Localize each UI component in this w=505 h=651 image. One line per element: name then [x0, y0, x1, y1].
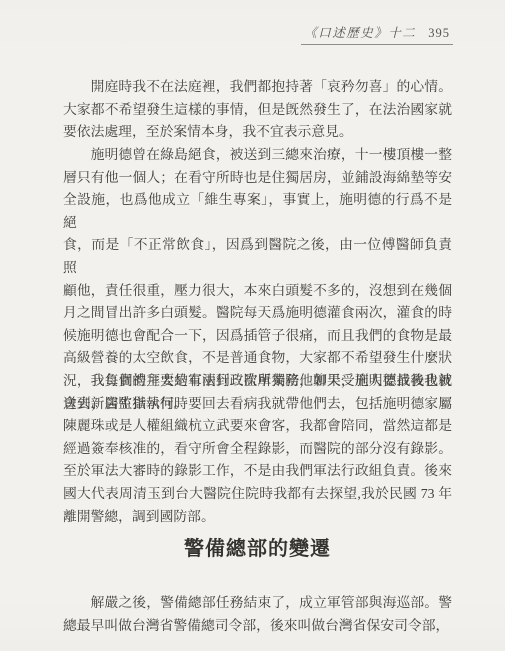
- text-line: 總最早叫做台灣省警備總司令部，後來叫做台灣省保安司令部，: [63, 615, 452, 638]
- text-line: 施明德曾在綠島絕食，被送到三總來治療，十一樓頂樓一整: [63, 144, 452, 167]
- text-line: 至於軍法大審時的錄影工作，不是由我們軍法行政組負責。後來: [63, 460, 452, 483]
- text-line: 開庭時我不在法庭裡，我們都抱持著「哀矜勿喜」的心情。: [63, 76, 452, 99]
- text-line: 全設施，也爲他成立「維生專案」，事實上，施明德的行爲不是絕: [63, 189, 452, 234]
- text-line: 國大代表周清玉到台大醫院住院時我都有去探望,我於民國 73 年: [63, 483, 452, 506]
- text-line: 食，而是「不正常飲食」，因爲到醫院之後，由一位傅醫師負責照: [63, 234, 452, 279]
- text-line: 大家都不希望發生這樣的事情，但是旣然發生了，在法治國家就: [63, 99, 452, 122]
- text-line: 顧他，責任很重，壓力很大，本來白頭髮不多的，沒想到在幾個: [63, 280, 452, 303]
- text-line: 陳麗珠或是人權組織杭立武要來會客，我都會陪同，當然這都是: [63, 415, 452, 438]
- section-heading: 警備總部的變遷: [63, 536, 452, 562]
- page-number: 395: [428, 26, 450, 40]
- text-line: 會去，醫生指示何時要回去看病我就帶他們去，包括施明德家屬: [63, 393, 452, 416]
- paragraph-3: 我負責的主要是軍法行政監所業務，如果受刑人要找我我就 會去，醫生指示何時要回去看…: [63, 370, 452, 528]
- running-header: 《口述歷史》十二395: [301, 26, 453, 45]
- text-line: 解嚴之後，警備總部任務結束了，成立軍管部與海巡部。警: [63, 592, 452, 615]
- book-title: 《口述歷史》十二: [304, 26, 416, 40]
- book-page: 《口述歷史》十二395 開庭時我不在法庭裡，我們都抱持著「哀矜勿喜」的心情。 大…: [0, 0, 505, 651]
- text-line: 月之間冒出許多白頭髮。醫院每天爲施明德灌食兩次，灌食的時: [63, 302, 452, 325]
- text-line: 要依法處理，至於案情本身，我不宜表示意見。: [63, 121, 452, 144]
- text-line: 經過簽奉核准的，看守所會全程錄影，而醫院的部分沒有錄影。: [63, 438, 452, 461]
- paragraph-4: 解嚴之後，警備總部任務結束了，成立軍管部與海巡部。警 總最早叫做台灣省警備總司令…: [63, 592, 452, 637]
- text-line: 高級營養的太空飲食，不是普通食物，大家都不希望發生什麼狀: [63, 347, 452, 370]
- text-line: 我負責的主要是軍法行政監所業務，如果受刑人要找我我就: [63, 370, 452, 393]
- text-line: 層只有他一個人；在看守所時也是住獨居房，並鋪設海綿墊等安: [63, 167, 452, 190]
- text-line: 候施明德也會配合一下，因爲插管子很痛，而且我們的食物是最: [63, 325, 452, 348]
- paragraph-1: 開庭時我不在法庭裡，我們都抱持著「哀矜勿喜」的心情。 大家都不希望發生這樣的事情…: [63, 76, 452, 144]
- text-line: 離開警總，調到國防部。: [63, 506, 452, 529]
